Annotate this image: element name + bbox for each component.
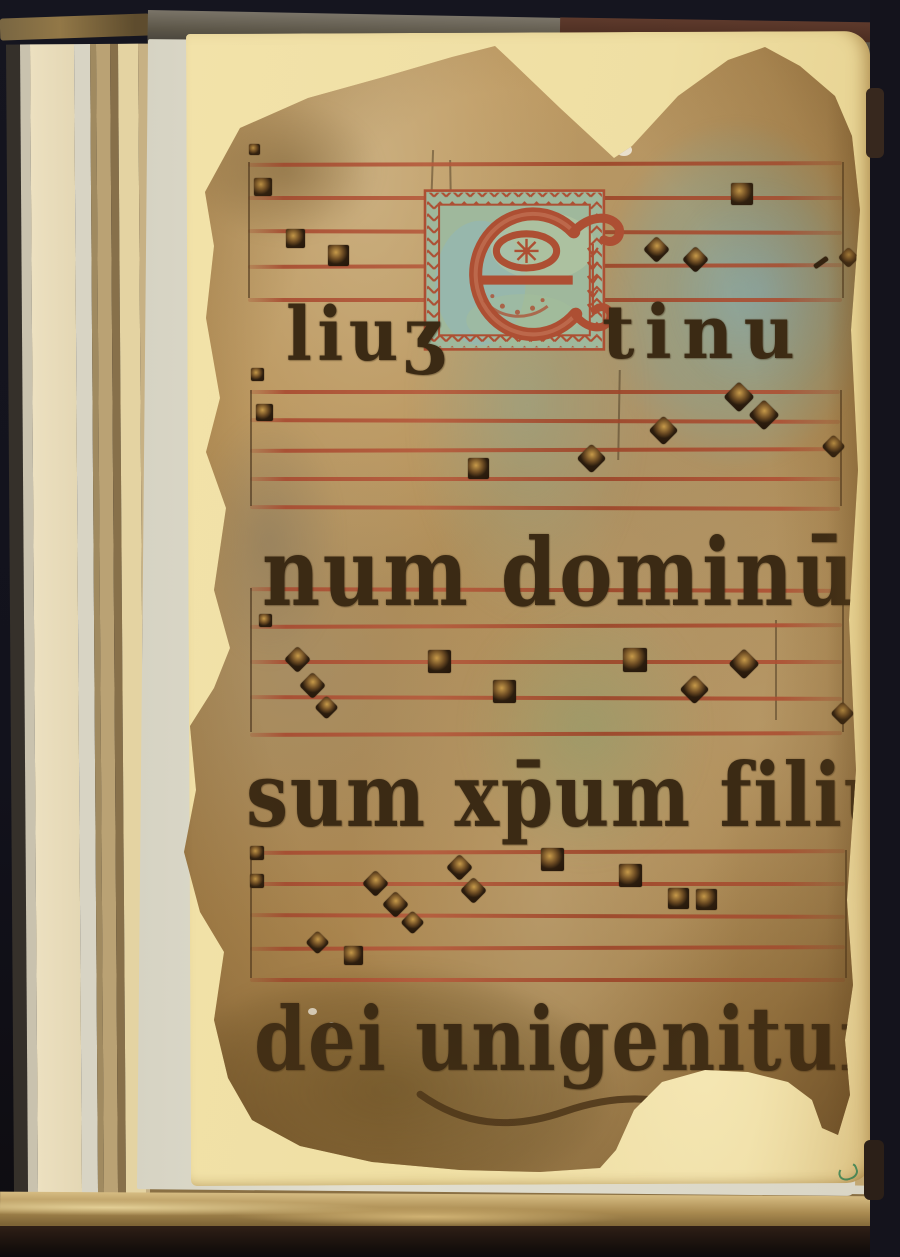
photo-of-choir-book: E	[0, 0, 900, 1257]
neume-square	[668, 888, 689, 909]
staff-line	[250, 945, 845, 950]
binding-remnant	[866, 88, 884, 158]
neume-square	[250, 874, 264, 888]
binding-remnant	[864, 1140, 884, 1200]
chant-text-line4: dei unigenitum.	[254, 995, 900, 1083]
staff-line	[250, 477, 840, 481]
initial-E-artwork	[422, 187, 628, 355]
staff-bearing-line	[250, 850, 252, 978]
staff-bearing-line	[250, 588, 252, 732]
neume-diamond	[305, 930, 329, 954]
staff-bearing-line	[842, 162, 844, 298]
gilt-corner-edge	[0, 13, 150, 40]
staff-line	[250, 882, 845, 886]
staff-bearing-line	[845, 850, 847, 978]
neume-diamond	[284, 646, 311, 673]
neume-square	[328, 245, 349, 266]
staff-line	[248, 161, 842, 166]
staff-bearing-line	[250, 390, 252, 506]
neume-diamond	[362, 870, 389, 897]
neume-diamond	[682, 246, 709, 273]
dark-right-margin	[870, 0, 900, 1257]
neume-diamond	[723, 381, 754, 412]
parchment-leaf: E	[150, 40, 870, 1180]
chant-text-line3: sum xp̄um filium	[246, 751, 900, 839]
neume-square	[541, 848, 564, 871]
chant-text-line1-right: tinu	[602, 296, 805, 370]
neume-square	[731, 183, 753, 205]
neume-square	[256, 404, 273, 421]
neume-diamond	[748, 399, 779, 430]
neume-square	[696, 889, 717, 910]
leather-cover-edge	[0, 1226, 900, 1257]
neume-square	[619, 864, 642, 887]
neume-square	[249, 144, 260, 155]
neume-square	[428, 650, 451, 673]
staff-bearing-line	[248, 162, 250, 298]
staff-line	[250, 913, 845, 918]
neume-square	[254, 178, 272, 196]
staff-line	[250, 505, 840, 510]
neume-diamond	[643, 236, 670, 263]
illuminated-initial-E: E	[422, 187, 628, 355]
chant-text-line1-left: liuʒ	[286, 298, 448, 372]
neume-diamond	[314, 695, 338, 719]
neume-square	[468, 458, 489, 479]
staff-line	[250, 447, 840, 452]
neume-square	[493, 680, 516, 703]
neume-square	[250, 846, 264, 860]
neume-square	[623, 648, 647, 672]
neume-diamond	[446, 854, 473, 881]
neume-square	[344, 946, 363, 965]
staff-line	[250, 731, 842, 736]
chant-text-line2: num dominū ie	[262, 526, 900, 620]
neume-diamond	[728, 648, 759, 679]
neume-square	[251, 368, 264, 381]
staff-line	[250, 695, 842, 700]
neume-diamond	[830, 701, 854, 725]
staff-line	[250, 978, 845, 982]
neume-square	[286, 229, 305, 248]
